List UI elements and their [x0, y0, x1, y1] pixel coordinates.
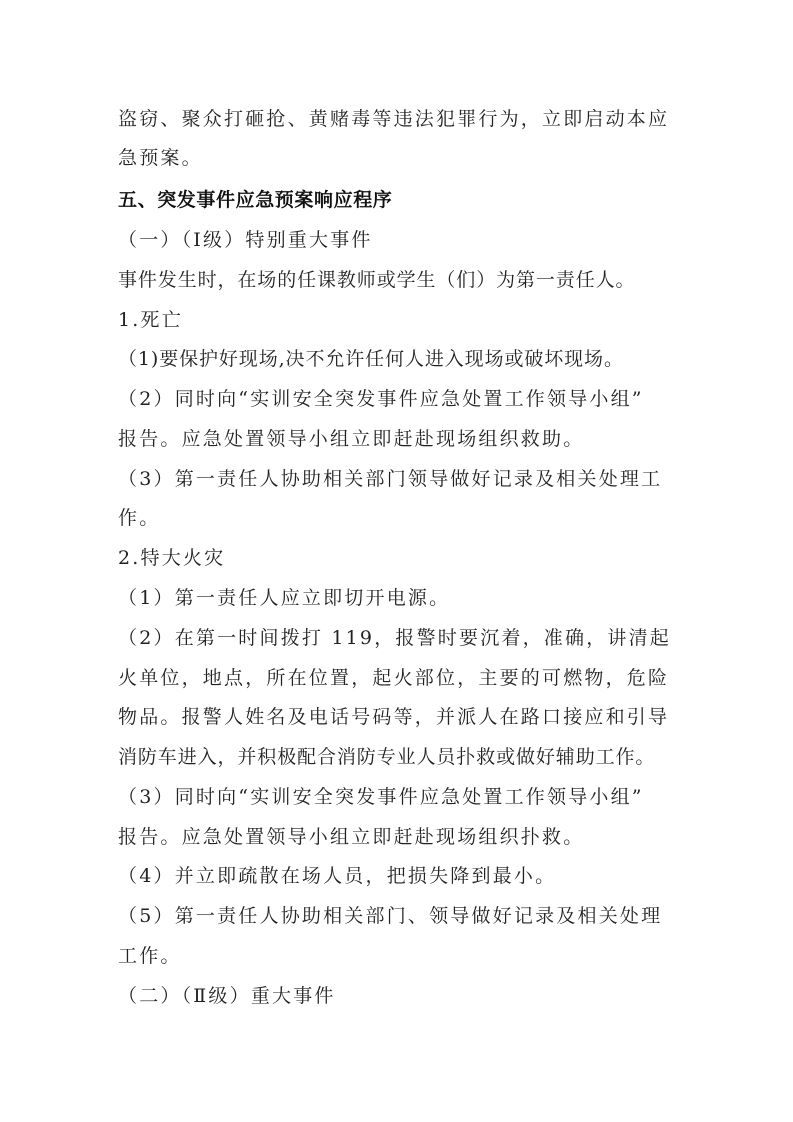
paragraph-line: 消防车进入，并积极配合消防专业人员扑救或做好辅助工作。: [118, 745, 655, 769]
paragraph-line: 盗窃、聚众打砸抢、黄赌毒等违法犯罪行为，立即启动本应: [118, 107, 669, 131]
subsection-heading: （二）（Ⅱ级）重大事件: [118, 984, 336, 1008]
item-heading: 2.特大火灾: [118, 546, 225, 570]
paragraph-line: 事件发生时，在场的任课教师或学生（们）为第一责任人。: [118, 268, 635, 292]
paragraph-line: （3）第一责任人协助相关部门领导做好记录及相关处理工: [118, 467, 662, 491]
paragraph-line: 火单位，地点，所在位置，起火部位，主要的可燃物，危险: [118, 666, 669, 690]
paragraph-line: 物品。报警人姓名及电话号码等，并派人在路口接应和引导: [118, 705, 669, 729]
paragraph-line: 报告。应急处置领导小组立即赶赴现场组织扑救。: [118, 825, 584, 849]
paragraph-line: （2）同时向“实训安全突发事件应急处置工作领导小组”: [118, 387, 644, 411]
paragraph-line: 工作。: [118, 944, 182, 968]
paragraph-line: （1)要保护好现场,决不允许任何人进入现场或破坏现场。: [118, 347, 624, 371]
paragraph-line: （5）第一责任人协助相关部门、领导做好记录及相关处理: [118, 904, 662, 928]
paragraph-line: （2）在第一时间拨打 119，报警时要沉着，准确，讲清起: [118, 626, 671, 650]
paragraph-line: 作。: [118, 506, 160, 530]
paragraph-line: 报告。应急处置领导小组立即赶赴现场组织救助。: [118, 427, 584, 451]
paragraph-line: 急预案。: [118, 146, 203, 170]
paragraph-line: （1）第一责任人应立即切开电源。: [118, 586, 450, 610]
paragraph-line: （3）同时向“实训安全突发事件应急处置工作领导小组”: [118, 785, 644, 809]
document-page: 盗窃、聚众打砸抢、黄赌毒等违法犯罪行为，立即启动本应 急预案。 五、突发事件应急…: [0, 0, 793, 1122]
paragraph-line: （4）并立即疏散在场人员，把损失降到最小。: [118, 864, 556, 888]
item-heading: 1.死亡: [118, 308, 183, 332]
section-heading: 五、突发事件应急预案响应程序: [118, 188, 392, 212]
subsection-heading: （一）（Ⅰ级）特别重大事件: [118, 228, 373, 252]
